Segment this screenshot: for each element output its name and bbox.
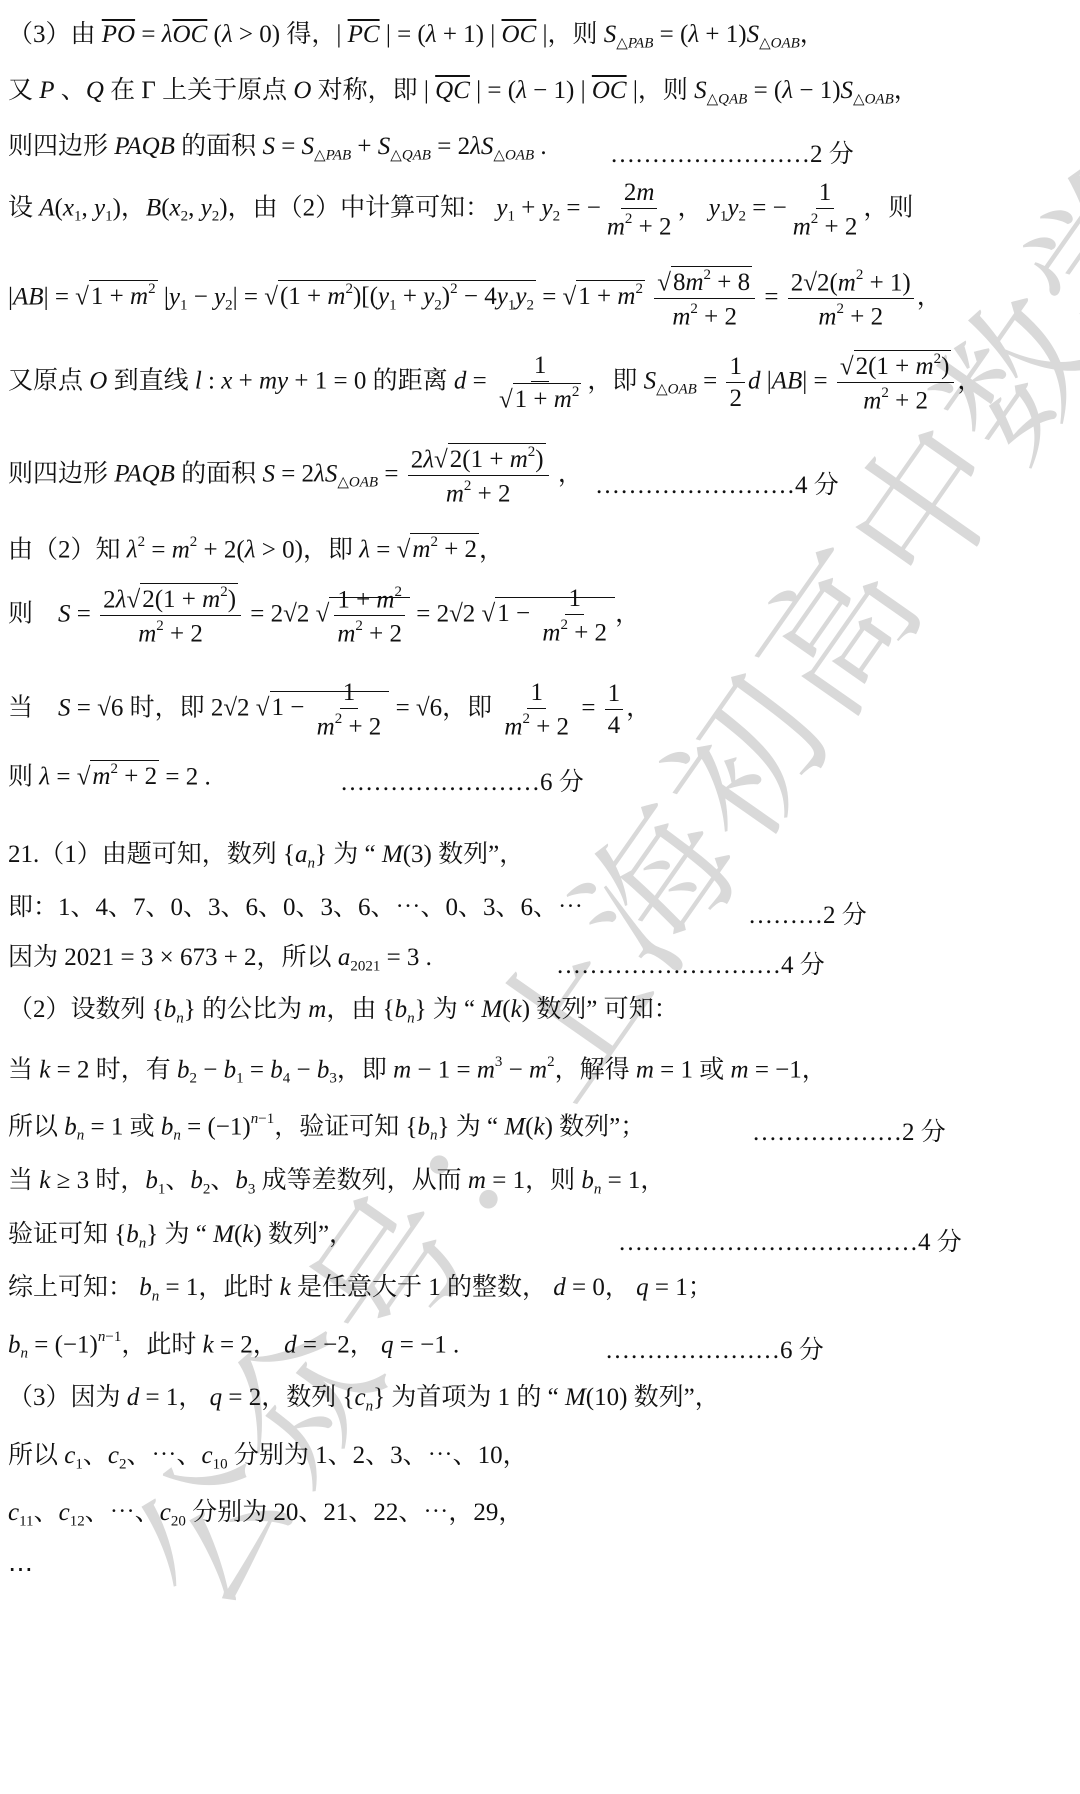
solution-line-23: 所以 c1、c2、⋯、c10 分别为 1、2、3、⋯、10，	[8, 1443, 528, 1472]
solution-line-12: 21.（1）由题可知，数列 {an} 为 “ M(3) 数列”，	[8, 842, 524, 871]
score-marker: ………………………4 分	[556, 945, 825, 981]
score-marker: ……………………2 分	[610, 134, 854, 170]
solution-line-4: 设 A(x1, y1)，B(x2, y2)，由（2）中计算可知： y1 + y2…	[8, 180, 913, 239]
score-marker: ………2 分	[748, 895, 867, 931]
solution-line-6: 又原点 O 到直线 l : x + my + 1 = 0 的距离 d = 1√1…	[8, 352, 982, 414]
solution-line-18: 当 k ≥ 3 时，b1、b2、b3 成等差数列，从而 m = 1，则 bn =…	[8, 1168, 665, 1197]
solution-line-22: （3）因为 d = 1， q = 2，数列 {cn} 为首项为 1 的 “ M(…	[8, 1385, 720, 1414]
solution-line-14: 因为 2021 = 3 × 673 + 2，所以 a2021 = 3 .	[8, 945, 432, 974]
solution-line-5: |AB| = √1 + m2 |y1 − y2| = √(1 + m2)[(y1…	[8, 268, 942, 330]
solution-line-24: c11、c12、⋯、c20 分别为 20、21、22、⋯，29，	[8, 1500, 523, 1529]
solution-line-15: （2）设数列 {bn} 的公比为 m，由 {bn} 为 “ M(k) 数列” 可…	[8, 997, 679, 1026]
solution-line-1: （3）由 PO = λOC (λ > 0) 得，| PC | = (λ + 1)…	[8, 22, 825, 51]
solution-line-25: ⋯	[8, 1557, 33, 1582]
solution-line-2: 又 P 、Q 在 Γ 上关于原点 O 对称，即 | QC | = (λ − 1)…	[8, 78, 919, 107]
watermark: 公众号：上海初高中数学	[70, 114, 1080, 1644]
solution-line-20: 综上可知： bn = 1，此时 k 是任意大于 1 的整数， d = 0， q …	[8, 1275, 713, 1304]
score-marker: …………………6 分	[605, 1330, 824, 1366]
score-marker: ………………2 分	[752, 1112, 946, 1148]
solution-line-21: bn = (−1)n−1，此时 k = 2， d = −2， q = −1 .	[8, 1330, 459, 1362]
solution-line-16: 当 k = 2 时，有 b2 − b1 = b4 − b3，即 m − 1 = …	[8, 1055, 827, 1087]
solution-line-13: 即：1、4、7、0、3、6、0、3、6、⋯、0、3、6、⋯	[8, 895, 583, 920]
solution-line-9: 则 S = 2λ√2(1 + m2)m2 + 2 = 2√2 √1 + m2m2…	[8, 585, 640, 647]
score-marker: ……………………4 分	[595, 465, 839, 501]
solution-line-19: 验证可知 {bn} 为 “ M(k) 数列”，	[8, 1222, 354, 1251]
score-marker: ………………………………4 分	[618, 1222, 962, 1258]
solution-line-8: 由（2）知 λ2 = m2 + 2(λ > 0)，即 λ = √m2 + 2，	[8, 535, 504, 562]
score-marker: ……………………6 分	[340, 762, 584, 798]
solution-line-11: 则 λ = √m2 + 2 = 2 .	[8, 762, 211, 789]
solution-line-17: 所以 bn = 1 或 bn = (−1)n−1，验证可知 {bn} 为 “ M…	[8, 1112, 645, 1144]
solution-line-3: 则四边形 PAQB 的面积 S = S△PAB + S△QAB = 2λS△OA…	[8, 134, 547, 163]
solution-line-10: 当 S = √6 时，即 2√2 √1 − 1m2 + 2 = √6，即 1m2…	[8, 680, 651, 739]
solution-line-7: 则四边形 PAQB 的面积 S = 2λS△OAB = 2λ√2(1 + m2)…	[8, 445, 583, 507]
